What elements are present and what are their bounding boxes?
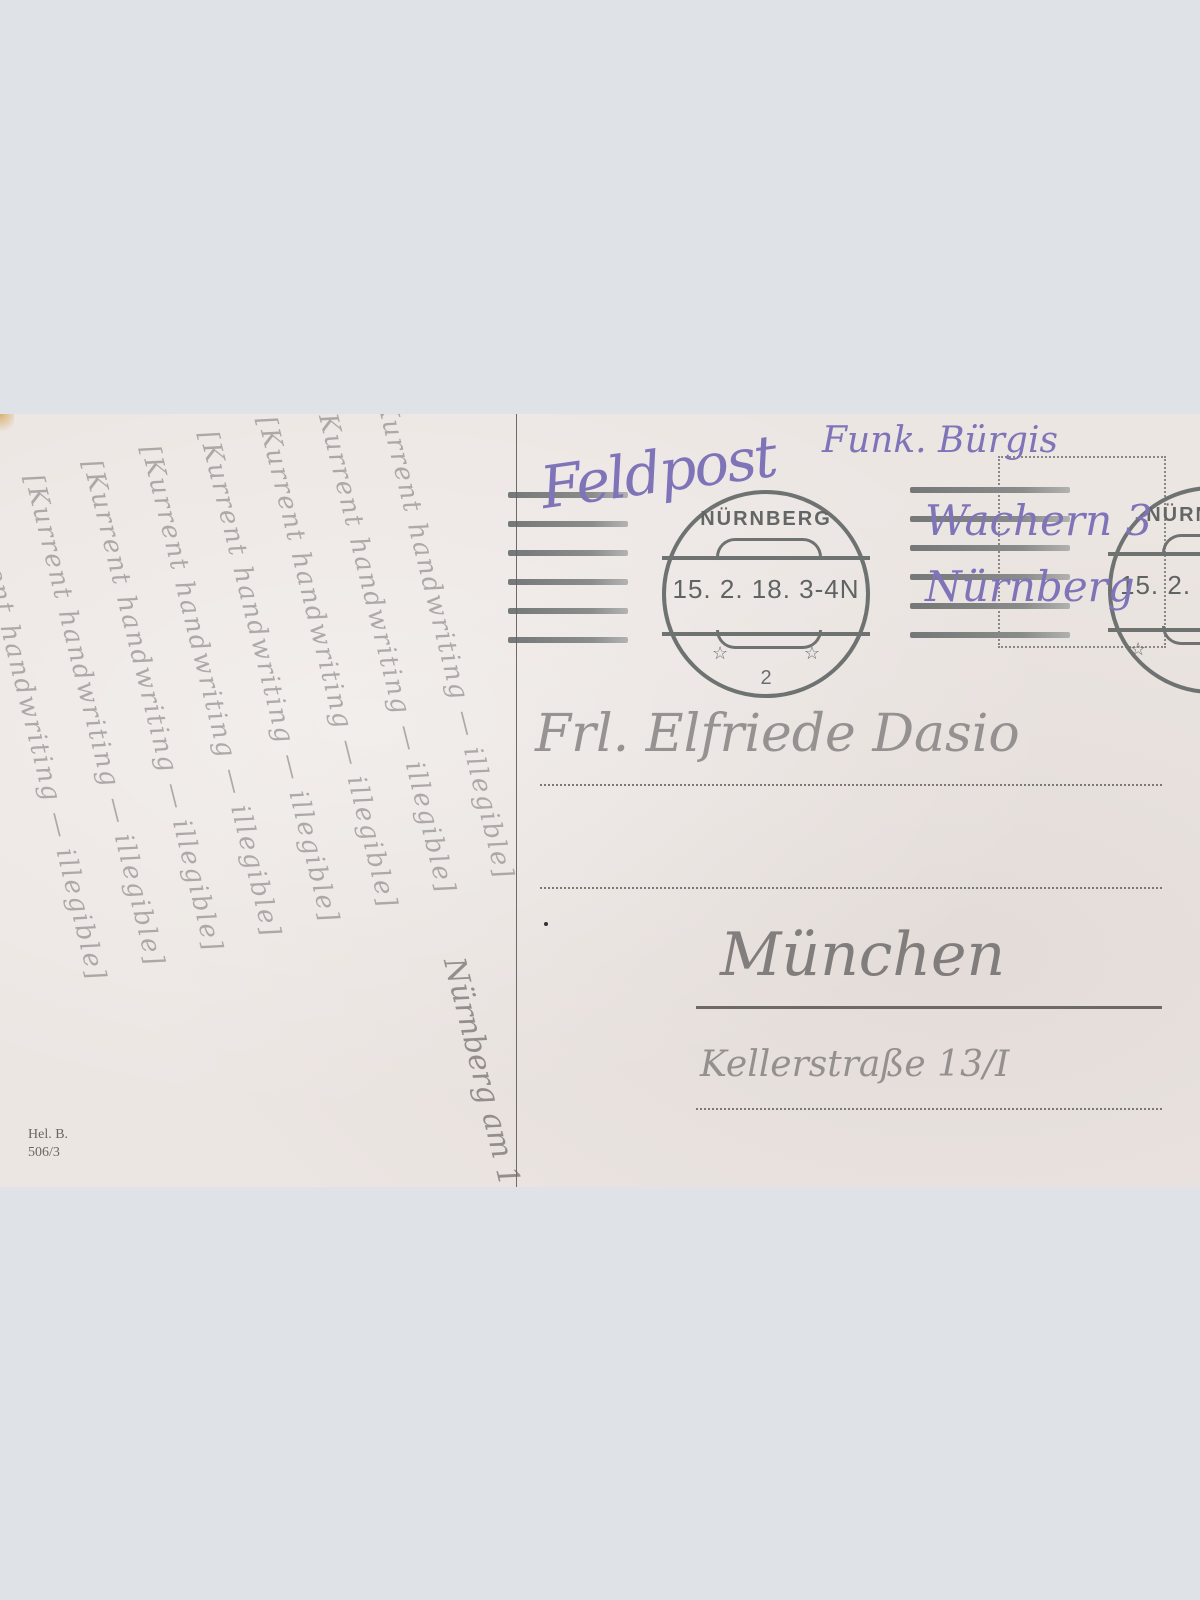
postmark-arc <box>716 538 822 557</box>
postcard: [Kurrent handwriting — illegible] [Kurre… <box>0 414 1200 1187</box>
recipient-name: Frl. Elfriede Dasio <box>535 704 1020 764</box>
postmark-arc <box>1162 626 1200 645</box>
recipient-city: München <box>720 920 1005 990</box>
postmark-arc <box>1162 534 1200 553</box>
star-icon: ☆ <box>712 643 728 664</box>
star-icon: ☆ <box>1130 639 1146 660</box>
publisher-mark: Hel. B. 506/3 <box>28 1126 68 1162</box>
publisher-line-2: 506/3 <box>28 1144 68 1162</box>
address-line <box>540 887 1162 889</box>
publisher-line-1: Hel. B. <box>28 1126 68 1144</box>
sender-name: Funk. Bürgis <box>822 420 1058 461</box>
postmark: NÜRNBERG 15. 2. 18. 3-4N ☆ ☆ 2 <box>662 490 870 698</box>
postmark-number: 2 <box>666 667 866 690</box>
sender-city: Nürnberg <box>925 562 1135 611</box>
address-line <box>540 784 1162 786</box>
ink-speck <box>544 922 548 926</box>
message-text: [Kurrent handwriting — illegible] [Kurre… <box>0 414 590 1187</box>
postmark-date: 15. 2. 18. 3-4N <box>666 574 866 605</box>
postmark-city: NÜRNBERG <box>666 508 866 531</box>
address-line <box>696 1108 1162 1110</box>
star-icon: ☆ <box>804 643 820 664</box>
address-line <box>696 1006 1162 1009</box>
sender-unit: Wachern 3 <box>925 496 1152 545</box>
recipient-street: Kellerstraße 13/I <box>700 1044 1009 1085</box>
message-area: [Kurrent handwriting — illegible] [Kurre… <box>0 414 516 1187</box>
